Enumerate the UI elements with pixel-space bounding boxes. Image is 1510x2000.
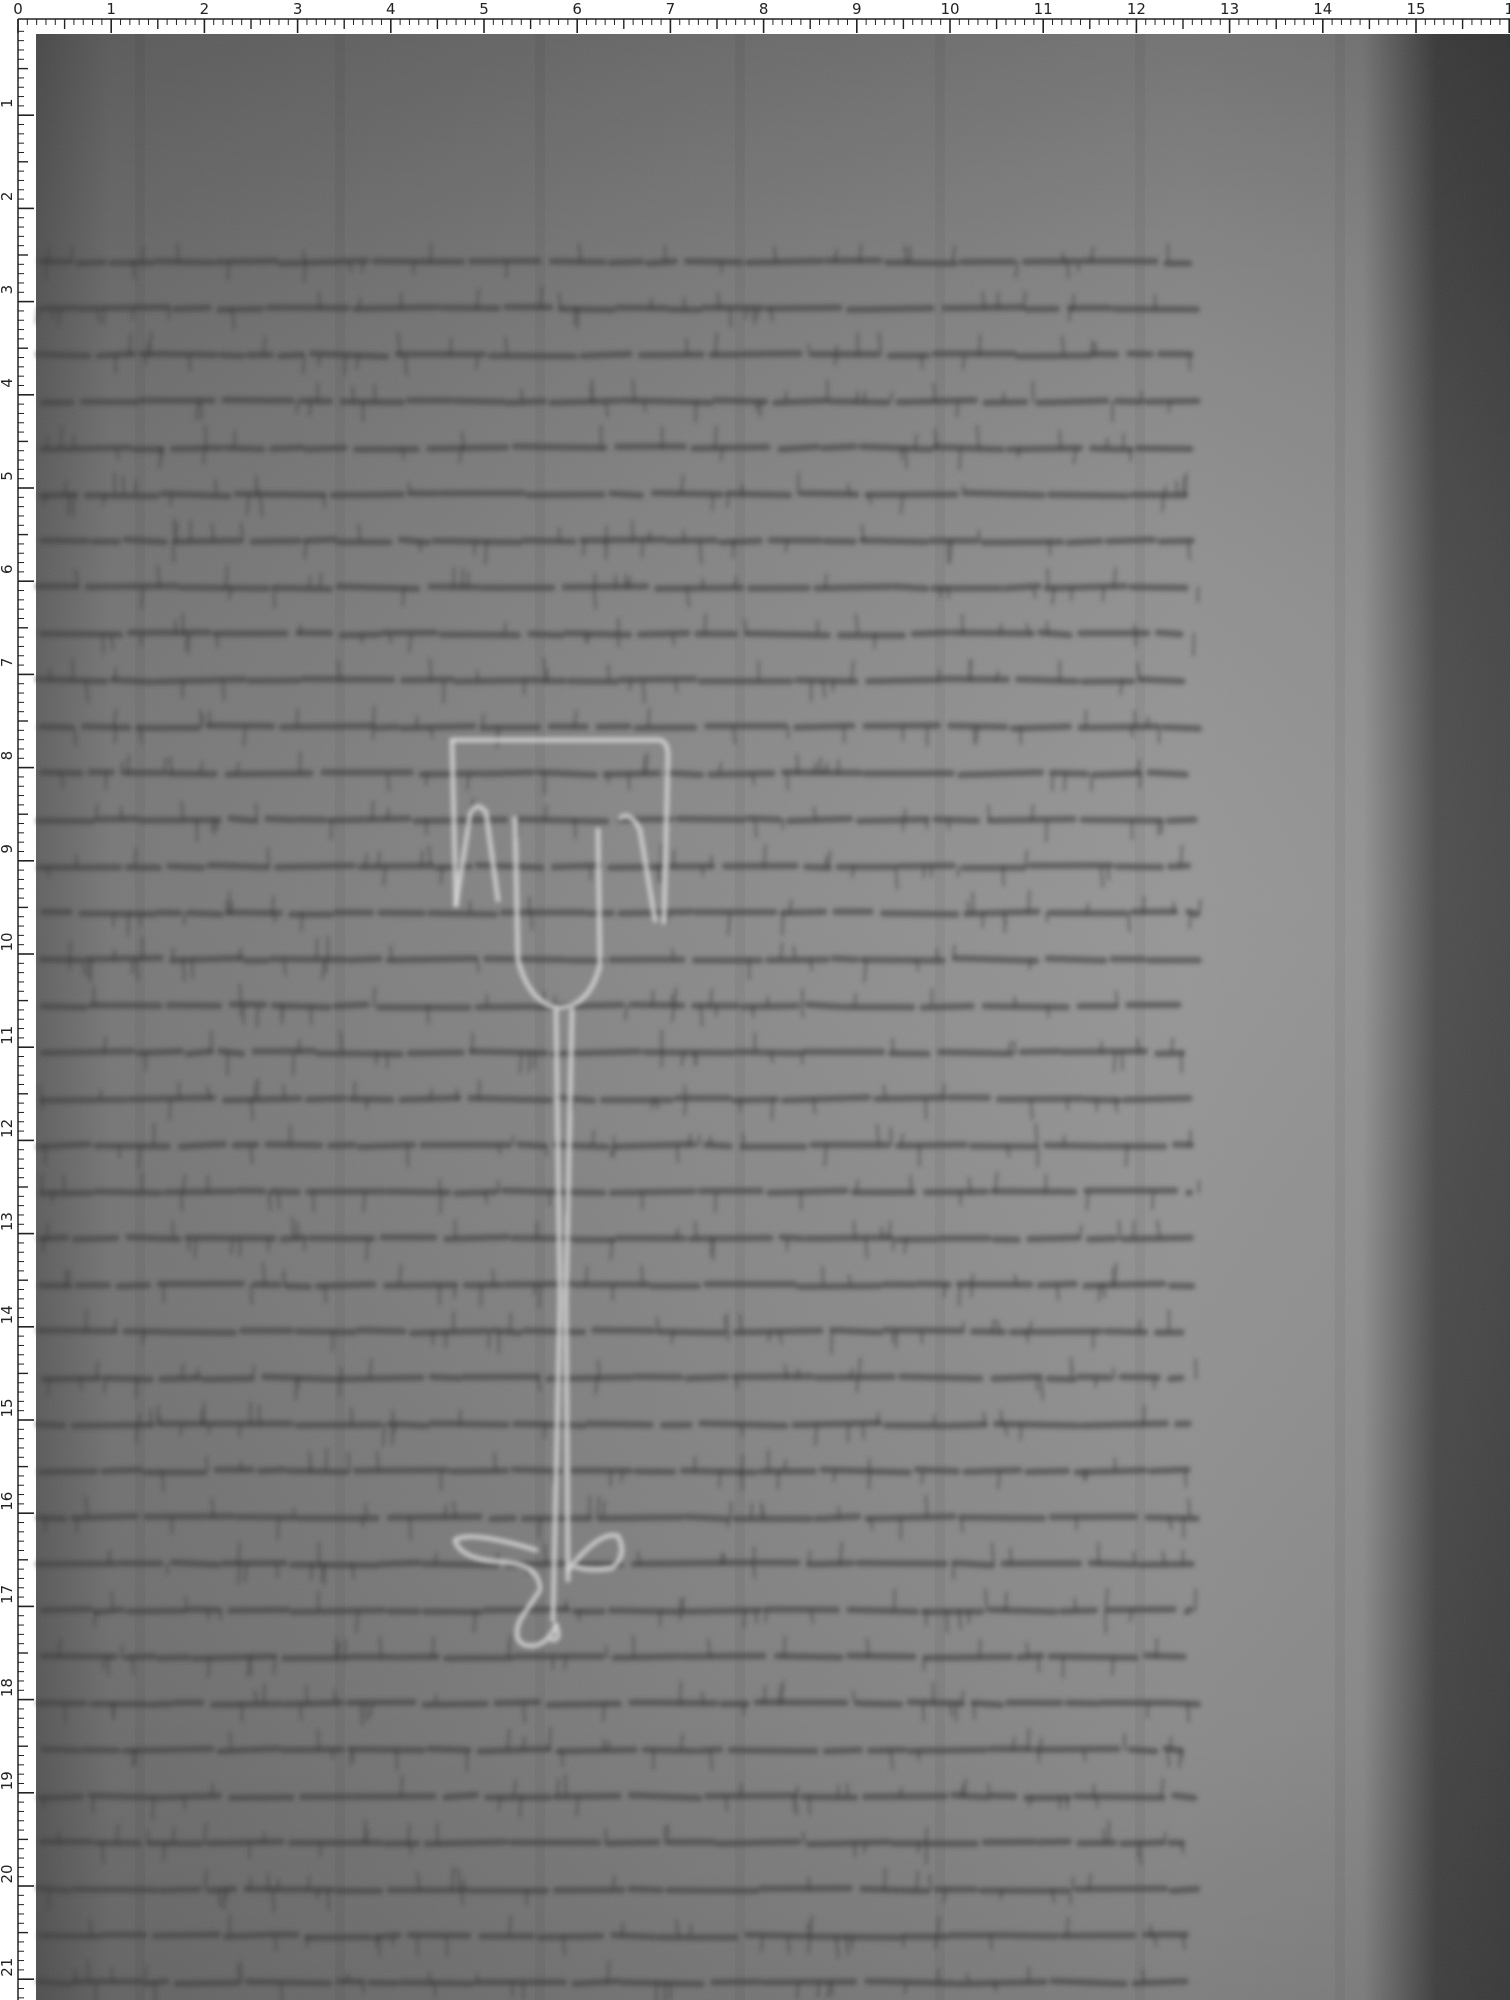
ruler-label: 12: [0, 1119, 16, 1138]
ruler-label: 20: [0, 1864, 16, 1883]
ruler-label: 10: [0, 932, 16, 951]
ruler-label: 2: [0, 192, 16, 202]
ruler-label: 7: [0, 658, 16, 668]
ruler-label: 3: [0, 285, 16, 295]
ruler-label: 15: [1406, 0, 1425, 18]
ruler-label: 6: [0, 564, 16, 574]
ruler-label: 5: [479, 0, 489, 18]
ruler-label: 18: [0, 1678, 16, 1697]
ruler-label: 7: [666, 0, 676, 18]
ruler-label: 13: [1220, 0, 1239, 18]
ruler-label: 12: [1127, 0, 1146, 18]
ruler-label: 19: [0, 1771, 16, 1790]
ruler-label: 21: [0, 1958, 16, 1977]
ruler-label: 9: [0, 844, 16, 854]
ruler-label: 11: [1034, 0, 1053, 18]
ruler-label: 14: [1313, 0, 1332, 18]
ruler-label: 15: [0, 1398, 16, 1417]
ruler-label: 13: [0, 1212, 16, 1231]
ruler-label: 8: [0, 751, 16, 761]
ruler-label: 11: [0, 1026, 16, 1045]
ruler-label: 4: [0, 378, 16, 388]
ruler-label: 4: [386, 0, 396, 18]
ruler-label: 10: [940, 0, 959, 18]
ruler-label: 1: [106, 0, 116, 18]
ruler-label: 9: [852, 0, 862, 18]
ruler-label: 6: [572, 0, 582, 18]
ruler-label: 5: [0, 471, 16, 481]
manuscript-image: [36, 34, 1510, 2000]
ruler-label: 1: [1504, 0, 1510, 18]
radiograph-view: 01234567891011121314151 1234567891011121…: [0, 0, 1510, 2000]
ruler-label: 2: [200, 0, 210, 18]
ruler-label: 0: [13, 0, 23, 18]
ruler-label: 8: [759, 0, 769, 18]
ruler-label: 1: [0, 98, 16, 108]
ruler-label: 3: [293, 0, 303, 18]
ruler-label: 14: [0, 1305, 16, 1324]
ruler-label: 17: [0, 1585, 16, 1604]
ruler-label: 16: [0, 1492, 16, 1511]
